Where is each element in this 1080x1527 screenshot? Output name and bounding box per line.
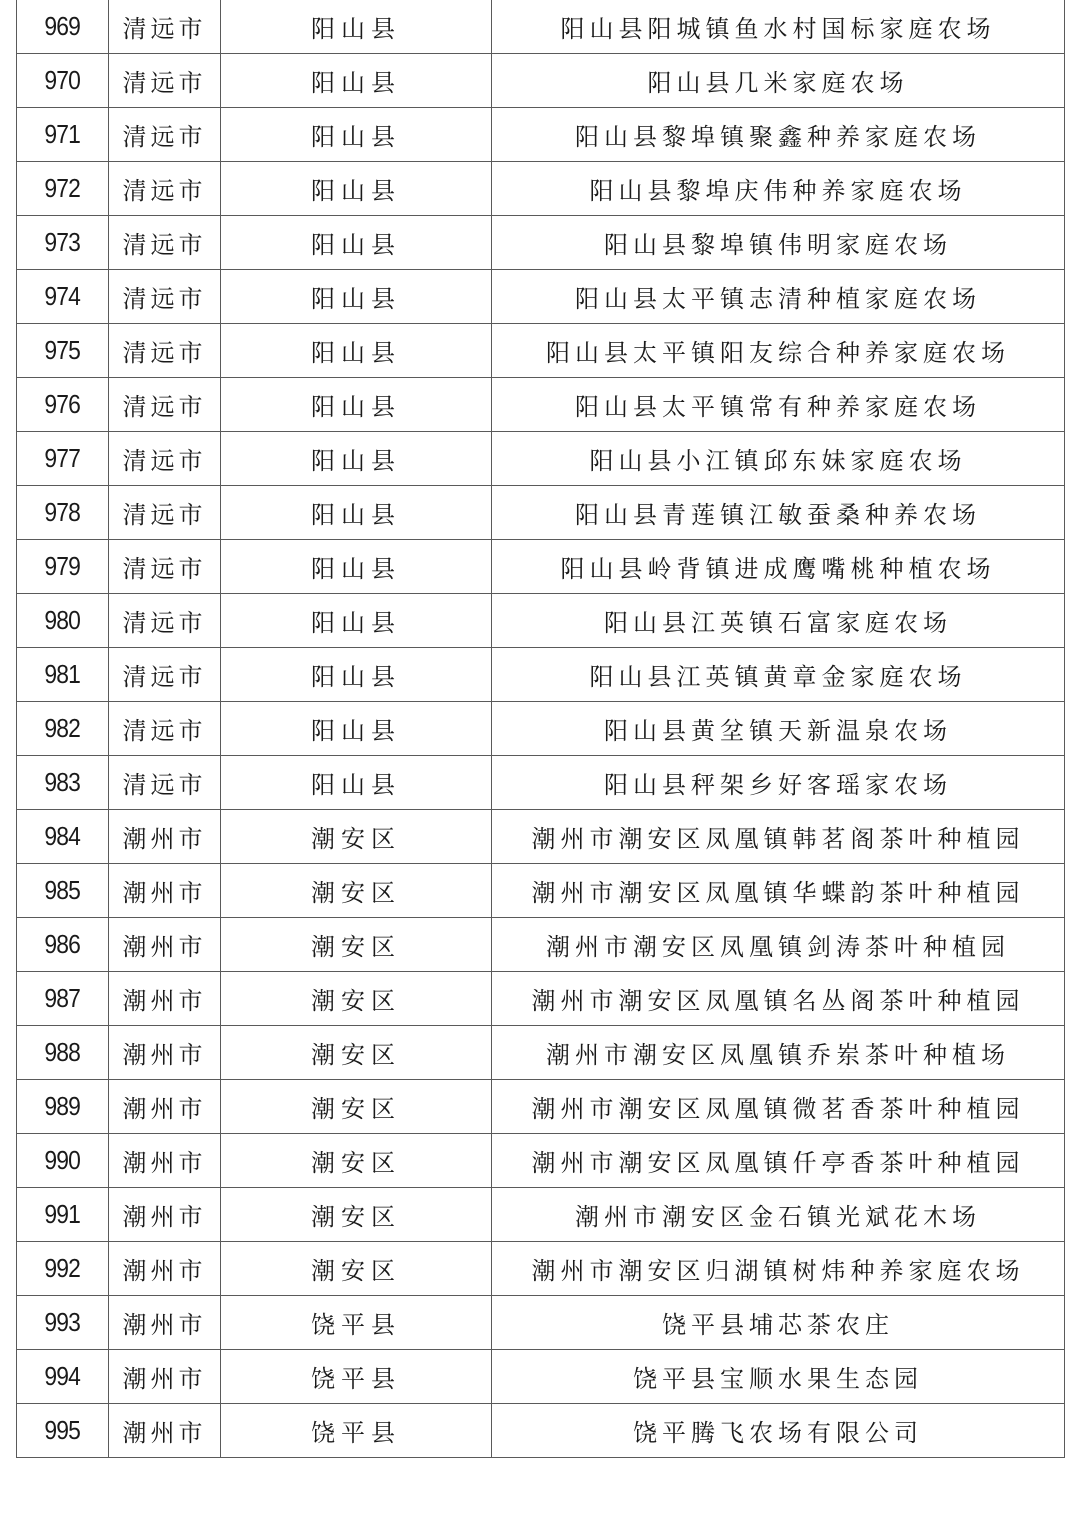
farm-name-cell: 阳山县太平镇志清种植家庭农场 [492,270,1065,324]
city-cell: 清远市 [109,540,221,594]
city-cell: 清远市 [109,432,221,486]
county-cell: 阳山县 [221,108,492,162]
row-number-cell: 988 [17,1026,109,1080]
farm-name-cell: 潮州市潮安区凤凰镇剑涛茶叶种植园 [492,918,1065,972]
row-number: 984 [45,821,81,852]
city-cell: 潮州市 [109,1080,221,1134]
table-row: 985潮州市潮安区潮州市潮安区凤凰镇华蝶韵茶叶种植园 [17,864,1065,918]
table-row: 989潮州市潮安区潮州市潮安区凤凰镇微茗香茶叶种植园 [17,1080,1065,1134]
row-number: 983 [45,767,81,798]
table-row: 984潮州市潮安区潮州市潮安区凤凰镇韩茗阁茶叶种植园 [17,810,1065,864]
table-row: 991潮州市潮安区潮州市潮安区金石镇光斌花木场 [17,1188,1065,1242]
county-cell: 阳山县 [221,432,492,486]
row-number-cell: 990 [17,1134,109,1188]
county-cell: 饶平县 [221,1296,492,1350]
row-number-cell: 995 [17,1404,109,1458]
table-row: 975清远市阳山县阳山县太平镇阳友综合种养家庭农场 [17,324,1065,378]
city-cell: 潮州市 [109,864,221,918]
city-cell: 潮州市 [109,1404,221,1458]
table-row: 969清远市阳山县阳山县阳城镇鱼水村国标家庭农场 [17,0,1065,54]
row-number: 977 [45,443,81,474]
row-number-cell: 983 [17,756,109,810]
farm-name-cell: 饶平县宝顺水果生态园 [492,1350,1065,1404]
county-cell: 潮安区 [221,1134,492,1188]
table-row: 981清远市阳山县阳山县江英镇黄章金家庭农场 [17,648,1065,702]
farm-name-cell: 阳山县太平镇常有种养家庭农场 [492,378,1065,432]
farm-name-cell: 潮州市潮安区金石镇光斌花木场 [492,1188,1065,1242]
county-cell: 阳山县 [221,486,492,540]
farm-name-cell: 阳山县黎埠庆伟种养家庭农场 [492,162,1065,216]
table-row: 980清远市阳山县阳山县江英镇石富家庭农场 [17,594,1065,648]
table-row: 976清远市阳山县阳山县太平镇常有种养家庭农场 [17,378,1065,432]
row-number: 994 [45,1361,81,1392]
row-number: 973 [45,227,81,258]
city-cell: 清远市 [109,216,221,270]
table-row: 994潮州市饶平县饶平县宝顺水果生态园 [17,1350,1065,1404]
table-row: 974清远市阳山县阳山县太平镇志清种植家庭农场 [17,270,1065,324]
city-cell: 清远市 [109,648,221,702]
county-cell: 阳山县 [221,324,492,378]
row-number: 987 [45,983,81,1014]
row-number-cell: 969 [17,0,109,54]
row-number-cell: 991 [17,1188,109,1242]
farm-name-cell: 潮州市潮安区凤凰镇仟亭香茶叶种植园 [492,1134,1065,1188]
row-number-cell: 984 [17,810,109,864]
farm-name-cell: 阳山县岭背镇进成鹰嘴桃种植农场 [492,540,1065,594]
table-row: 977清远市阳山县阳山县小江镇邱东妹家庭农场 [17,432,1065,486]
table-row: 971清远市阳山县阳山县黎埠镇聚鑫种养家庭农场 [17,108,1065,162]
farm-name-cell: 阳山县江英镇石富家庭农场 [492,594,1065,648]
farm-name-cell: 阳山县阳城镇鱼水村国标家庭农场 [492,0,1065,54]
city-cell: 潮州市 [109,1242,221,1296]
table-row: 972清远市阳山县阳山县黎埠庆伟种养家庭农场 [17,162,1065,216]
city-cell: 清远市 [109,54,221,108]
table-row: 988潮州市潮安区潮州市潮安区凤凰镇乔岽茶叶种植场 [17,1026,1065,1080]
row-number-cell: 994 [17,1350,109,1404]
county-cell: 阳山县 [221,54,492,108]
row-number: 970 [45,65,81,96]
row-number: 972 [45,173,81,204]
table-body: 969清远市阳山县阳山县阳城镇鱼水村国标家庭农场970清远市阳山县阳山县几米家庭… [17,0,1065,1458]
county-cell: 阳山县 [221,540,492,594]
row-number-cell: 973 [17,216,109,270]
table-row: 973清远市阳山县阳山县黎埠镇伟明家庭农场 [17,216,1065,270]
farm-name-cell: 饶平腾飞农场有限公司 [492,1404,1065,1458]
farm-name-cell: 阳山县小江镇邱东妹家庭农场 [492,432,1065,486]
table-row: 993潮州市饶平县饶平县埔芯茶农庄 [17,1296,1065,1350]
county-cell: 饶平县 [221,1350,492,1404]
row-number-cell: 972 [17,162,109,216]
city-cell: 清远市 [109,270,221,324]
row-number-cell: 992 [17,1242,109,1296]
row-number-cell: 974 [17,270,109,324]
city-cell: 清远市 [109,702,221,756]
row-number-cell: 982 [17,702,109,756]
farm-name-cell: 潮州市潮安区凤凰镇名丛阁茶叶种植园 [492,972,1065,1026]
city-cell: 清远市 [109,486,221,540]
county-cell: 潮安区 [221,972,492,1026]
farm-list-table: 969清远市阳山县阳山县阳城镇鱼水村国标家庭农场970清远市阳山县阳山县几米家庭… [16,0,1065,1458]
row-number: 991 [45,1199,81,1230]
county-cell: 阳山县 [221,702,492,756]
farm-name-cell: 饶平县埔芯茶农庄 [492,1296,1065,1350]
county-cell: 阳山县 [221,594,492,648]
county-cell: 阳山县 [221,216,492,270]
farm-name-cell: 阳山县黎埠镇聚鑫种养家庭农场 [492,108,1065,162]
county-cell: 潮安区 [221,1242,492,1296]
table-row: 992潮州市潮安区潮州市潮安区归湖镇树炜种养家庭农场 [17,1242,1065,1296]
table-row: 979清远市阳山县阳山县岭背镇进成鹰嘴桃种植农场 [17,540,1065,594]
row-number: 975 [45,335,81,366]
county-cell: 潮安区 [221,918,492,972]
row-number-cell: 978 [17,486,109,540]
row-number: 995 [45,1415,81,1446]
city-cell: 潮州市 [109,1026,221,1080]
city-cell: 清远市 [109,108,221,162]
row-number-cell: 977 [17,432,109,486]
row-number: 990 [45,1145,81,1176]
county-cell: 潮安区 [221,864,492,918]
city-cell: 清远市 [109,594,221,648]
row-number: 969 [45,11,81,42]
row-number-cell: 981 [17,648,109,702]
county-cell: 潮安区 [221,1080,492,1134]
city-cell: 清远市 [109,378,221,432]
row-number: 974 [45,281,81,312]
farm-name-cell: 阳山县江英镇黄章金家庭农场 [492,648,1065,702]
farm-name-cell: 潮州市潮安区归湖镇树炜种养家庭农场 [492,1242,1065,1296]
county-cell: 潮安区 [221,1026,492,1080]
city-cell: 潮州市 [109,1134,221,1188]
table-row: 986潮州市潮安区潮州市潮安区凤凰镇剑涛茶叶种植园 [17,918,1065,972]
county-cell: 阳山县 [221,162,492,216]
row-number-cell: 987 [17,972,109,1026]
county-cell: 阳山县 [221,648,492,702]
row-number-cell: 986 [17,918,109,972]
row-number-cell: 989 [17,1080,109,1134]
table-row: 987潮州市潮安区潮州市潮安区凤凰镇名丛阁茶叶种植园 [17,972,1065,1026]
row-number: 985 [45,875,81,906]
table-row: 990潮州市潮安区潮州市潮安区凤凰镇仟亭香茶叶种植园 [17,1134,1065,1188]
city-cell: 潮州市 [109,810,221,864]
row-number: 979 [45,551,81,582]
row-number: 976 [45,389,81,420]
city-cell: 清远市 [109,324,221,378]
table-row: 995潮州市饶平县饶平腾飞农场有限公司 [17,1404,1065,1458]
row-number: 993 [45,1307,81,1338]
county-cell: 潮安区 [221,810,492,864]
table-row: 970清远市阳山县阳山县几米家庭农场 [17,54,1065,108]
table-row: 983清远市阳山县阳山县秤架乡好客瑶家农场 [17,756,1065,810]
farm-name-cell: 阳山县几米家庭农场 [492,54,1065,108]
city-cell: 潮州市 [109,1188,221,1242]
farm-name-cell: 阳山县黄坌镇天新温泉农场 [492,702,1065,756]
row-number: 982 [45,713,81,744]
city-cell: 潮州市 [109,972,221,1026]
county-cell: 阳山县 [221,270,492,324]
city-cell: 清远市 [109,0,221,54]
farm-name-cell: 潮州市潮安区凤凰镇韩茗阁茶叶种植园 [492,810,1065,864]
county-cell: 阳山县 [221,756,492,810]
row-number: 992 [45,1253,81,1284]
row-number-cell: 993 [17,1296,109,1350]
city-cell: 清远市 [109,162,221,216]
city-cell: 潮州市 [109,918,221,972]
row-number: 988 [45,1037,81,1068]
table-row: 978清远市阳山县阳山县青莲镇江敏蚕桑种养农场 [17,486,1065,540]
row-number-cell: 971 [17,108,109,162]
table-row: 982清远市阳山县阳山县黄坌镇天新温泉农场 [17,702,1065,756]
row-number: 986 [45,929,81,960]
row-number-cell: 970 [17,54,109,108]
farm-name-cell: 潮州市潮安区凤凰镇乔岽茶叶种植场 [492,1026,1065,1080]
farm-name-cell: 阳山县青莲镇江敏蚕桑种养农场 [492,486,1065,540]
city-cell: 潮州市 [109,1350,221,1404]
city-cell: 潮州市 [109,1296,221,1350]
row-number: 989 [45,1091,81,1122]
row-number: 978 [45,497,81,528]
farm-name-cell: 潮州市潮安区凤凰镇微茗香茶叶种植园 [492,1080,1065,1134]
county-cell: 阳山县 [221,0,492,54]
row-number-cell: 985 [17,864,109,918]
row-number-cell: 979 [17,540,109,594]
row-number-cell: 976 [17,378,109,432]
row-number: 980 [45,605,81,636]
row-number: 981 [45,659,81,690]
county-cell: 潮安区 [221,1188,492,1242]
farm-name-cell: 潮州市潮安区凤凰镇华蝶韵茶叶种植园 [492,864,1065,918]
city-cell: 清远市 [109,756,221,810]
row-number-cell: 975 [17,324,109,378]
farm-name-cell: 阳山县黎埠镇伟明家庭农场 [492,216,1065,270]
row-number: 971 [45,119,81,150]
county-cell: 饶平县 [221,1404,492,1458]
farm-name-cell: 阳山县秤架乡好客瑶家农场 [492,756,1065,810]
row-number-cell: 980 [17,594,109,648]
farm-name-cell: 阳山县太平镇阳友综合种养家庭农场 [492,324,1065,378]
county-cell: 阳山县 [221,378,492,432]
